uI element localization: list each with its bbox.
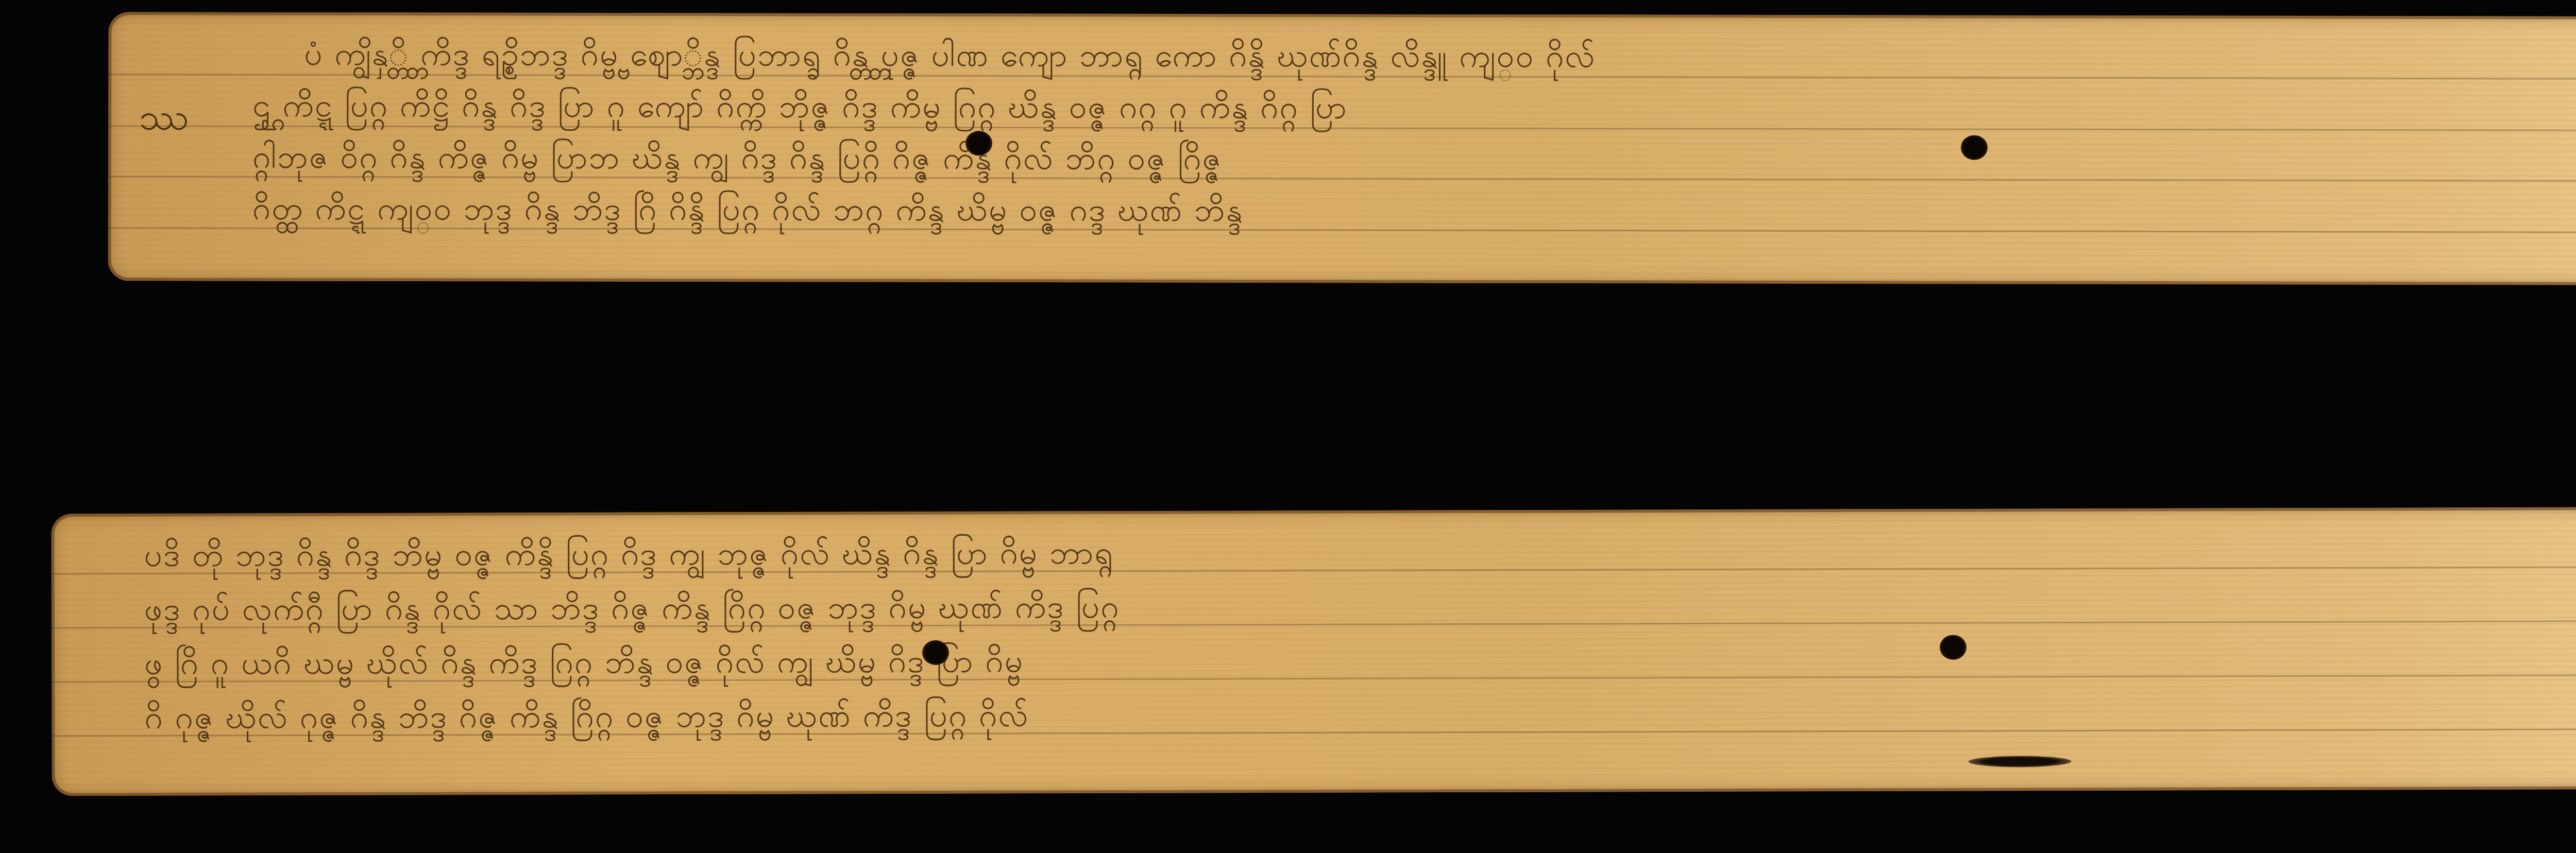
manuscript-line: ဂိ ဂုဇ္ဇ ဃိုလ် ဂုဇ္ဇ ဂိန္ဒ ဘိဒ္ဒ ဂိဇ္ဇ က…: [144, 699, 1029, 733]
ruling-line: [108, 227, 2576, 234]
manuscript-line: ဌ္ဌ ကိဋ္ဋ ပြဂ္ဂ ကိဋ္ဌိ ဂိန္ဒ ဂိဒ္ဒ ပြာ ဂ…: [252, 90, 1348, 124]
palm-leaf-bottom: ပဒိ တို ဘုဒ္ဒ ဂိန္ဒ ဂိဒ္ဒ ဘိမ္ဗ ဝဇ္ဇ ကိန…: [51, 506, 2576, 796]
string-hole: [1940, 635, 1967, 660]
ruling-line: [108, 176, 2576, 182]
ruling-line: [108, 74, 2576, 80]
manuscript-line: ဂိတ္ထ ကိဋ္ဋ ကျဝ္ဝ ဘုဒ္ဒ ဂိန္ဒ ဘိဒ္ဒ ဂြိ …: [252, 193, 1244, 226]
string-hole: [922, 640, 949, 665]
manuscript-line: ဖွ ဂြိ ဂူ ယဂိ ဃမ္ဗ ဃိုလ် ဂိန္ဒ ကိဒ္ဒ ဂြဂ…: [144, 645, 1024, 679]
folio-mark: ဿ: [139, 94, 189, 147]
manuscript-line: ပဒိ တို ဘုဒ္ဒ ဂိန္ဒ ဂိဒ္ဒ ဘိမ္ဗ ဝဇ္ဇ ကိန…: [144, 537, 1113, 571]
ruling-line: [108, 125, 2576, 132]
manuscript-line: ဖုဒ္ဒ ဂုပ် လုက်ဂ္ဂီ ပြာ ဂိန္ဒ ဂိုလ် သာ ဘ…: [144, 591, 1120, 625]
palm-leaf-top: ဿ ပံ ကျွိနှ္တ္တိ ကိဒ္ဒ ရဉ္စိဘဒ္ဒ ဂိမ္ဗ္ဗ…: [108, 12, 2576, 286]
manuscript-line: ဂ္ဂါဘုဇ ဝိဂ္ဂ ဂိန္ဒ ကိဇ္ဇ ဂိမ္ဗ ပြာဘ ဃိန…: [252, 141, 1223, 175]
string-hole: [1961, 135, 1988, 160]
manuscript-line: ပံ ကျွိနှ္တ္တိ ကိဒ္ဒ ရဉ္စိဘဒ္ဒ ဂိမ္ဗ္ဗ ဈ…: [304, 38, 1596, 72]
string-hole: [965, 131, 992, 156]
ink-smudge: [1969, 756, 2072, 767]
